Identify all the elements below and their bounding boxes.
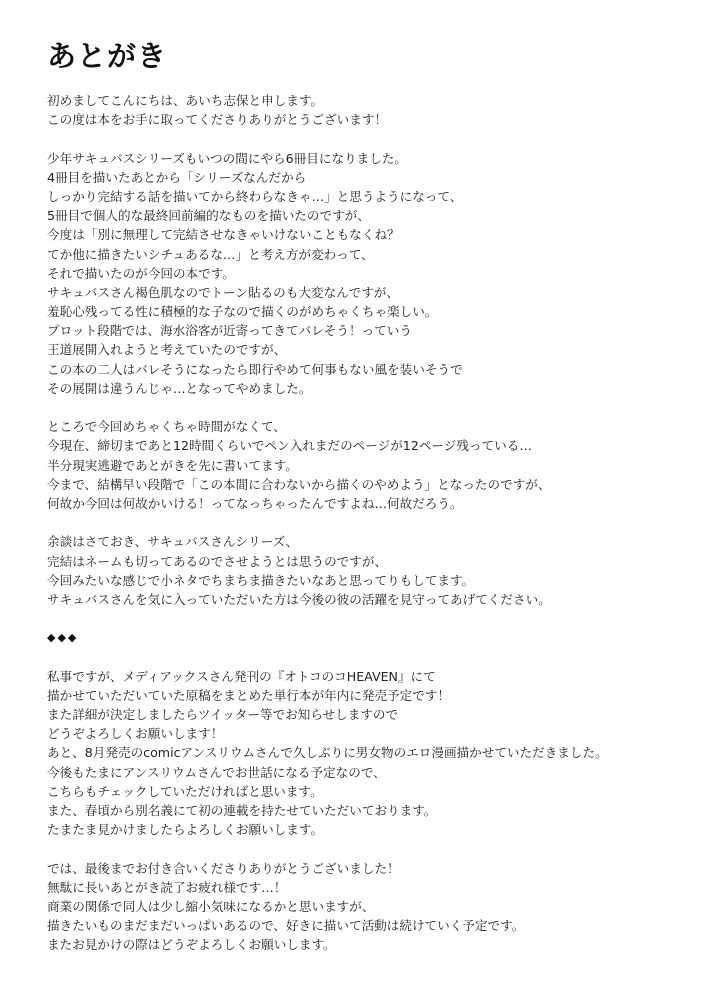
text-line: その展開は違うんじゃ…となってやめました。 [47,379,688,398]
text-line: 4冊目を描いたあとから「シリーズなんだから [47,168,688,187]
text-line: 今まで、結構早い段階で「この本間に合わないから描くのやめよう」となったのですが、 [47,475,688,494]
text-line: この本の二人はバレそうになったら即行やめて何事もない風を装いそうで [47,360,688,379]
text-line: 描きたいものまだまだいっぱいあるので、好きに描いて活動は続けていく予定です。 [47,916,688,935]
text-line: 完結はネームも切ってあるのでさせようとは思うのですが、 [47,552,688,571]
text-line: 半分現実逃避であとがきを先に書いてます。 [47,456,688,475]
text-line: 今現在、締切まであと12時間くらいでペン入れまだのページが12ページ残っている… [47,436,688,455]
text-line: 無駄に長いあとがき読了お疲れ様です…！ [47,878,688,897]
text-line: プロット段階では、海水浴客が近寄ってきてバレそう！っていう [47,321,688,340]
text-line: 商業の関係で同人は少し縮小気味になるかと思いますが、 [47,897,688,916]
text-line: どうぞよろしくお願いします！ [47,724,688,743]
paragraph-deadline: ところで今回めちゃくちゃ時間がなくて、 今現在、締切まであと12時間くらいでペン… [47,417,688,513]
text-line: また、春頃から別名義にて初の連載を持たせていただいております。 [47,801,688,820]
text-line: 今回みたいな感じで小ネタでちまちま描きたいなあと思ってりもしてます。 [47,571,688,590]
text-line: ところで今回めちゃくちゃ時間がなくて、 [47,417,688,436]
text-line: またお見かけの際はどうぞよろしくお願いします。 [47,935,688,954]
text-line: こちらもチェックしていただければと思います。 [47,782,688,801]
text-line: 余談はさておき、サキュバスさんシリーズ、 [47,532,688,551]
text-line: 今後もたまにアンスリウムさんでお世話になる予定なので、 [47,763,688,782]
text-line: 今度は「別に無理して完結させなきゃいけないこともなくね？ [47,225,688,244]
text-line: 描かせていただいていた原稿をまとめた単行本が年内に発売予定です！ [47,686,688,705]
text-line: てか他に描きたいシチュあるな…」と考え方が変わって、 [47,245,688,264]
text-line: また詳細が決定しましたらツイッター等でお知らせしますので [47,705,688,724]
text-line: サキュバスさんを気に入っていただいた方は今後の彼の活躍を見守ってあげてください。 [47,590,688,609]
text-line: この度は本をお手に取ってくださりありがとうございます！ [47,110,688,129]
text-line: では、最後までお付き合いくださりありがとうございました！ [47,859,688,878]
section-divider-diamonds: ◆◆◆ [47,628,688,647]
text-line: 初めましてこんにちは、あいち志保と申します。 [47,91,688,110]
paragraph-closing: では、最後までお付き合いくださりありがとうございました！ 無駄に長いあとがき読了… [47,859,688,955]
paragraph-announcements: 私事ですが、メディアックスさん発刊の『オトコのコHEAVEN』にて 描かせていた… [47,667,688,840]
paragraph-aside: 余談はさておき、サキュバスさんシリーズ、 完結はネームも切ってあるのでさせようと… [47,532,688,609]
text-line: たまたま見かけましたらよろしくお願いします。 [47,820,688,839]
afterword-page: あとがき 初めましてこんにちは、あいち志保と申します。 この度は本をお手に取って… [47,38,688,974]
text-line: 5冊目で個人的な最終回前編的なものを描いたのですが、 [47,206,688,225]
paragraph-greeting: 初めましてこんにちは、あいち志保と申します。 この度は本をお手に取ってくださりあ… [47,91,688,129]
text-line: サキュバスさん褐色肌なのでトーン貼るのも大変なんですが、 [47,283,688,302]
text-line: 羞恥心残ってる性に積極的な子なので描くのがめちゃくちゃ楽しい。 [47,302,688,321]
text-line: 少年サキュバスシリーズもいつの間にやら6冊目になりました。 [47,149,688,168]
paragraph-series: 少年サキュバスシリーズもいつの間にやら6冊目になりました。 4冊目を描いたあとか… [47,149,688,398]
text-line: あと、8月発売のcomicアンスリウムさんで久しぶりに男女物のエロ漫画描かせてい… [47,743,688,762]
text-line: しっかり完結する話を描いてから終わらなきゃ…」と思うようになって、 [47,187,688,206]
text-line: 王道展開入れようと考えていたのですが、 [47,340,688,359]
text-line: 私事ですが、メディアックスさん発刊の『オトコのコHEAVEN』にて [47,667,688,686]
page-title: あとがき [47,38,688,74]
text-line: それで描いたのが今回の本です。 [47,264,688,283]
text-line: 何故か今回は何故かいける！ってなっちゃったんですよね…何故だろう。 [47,494,688,513]
